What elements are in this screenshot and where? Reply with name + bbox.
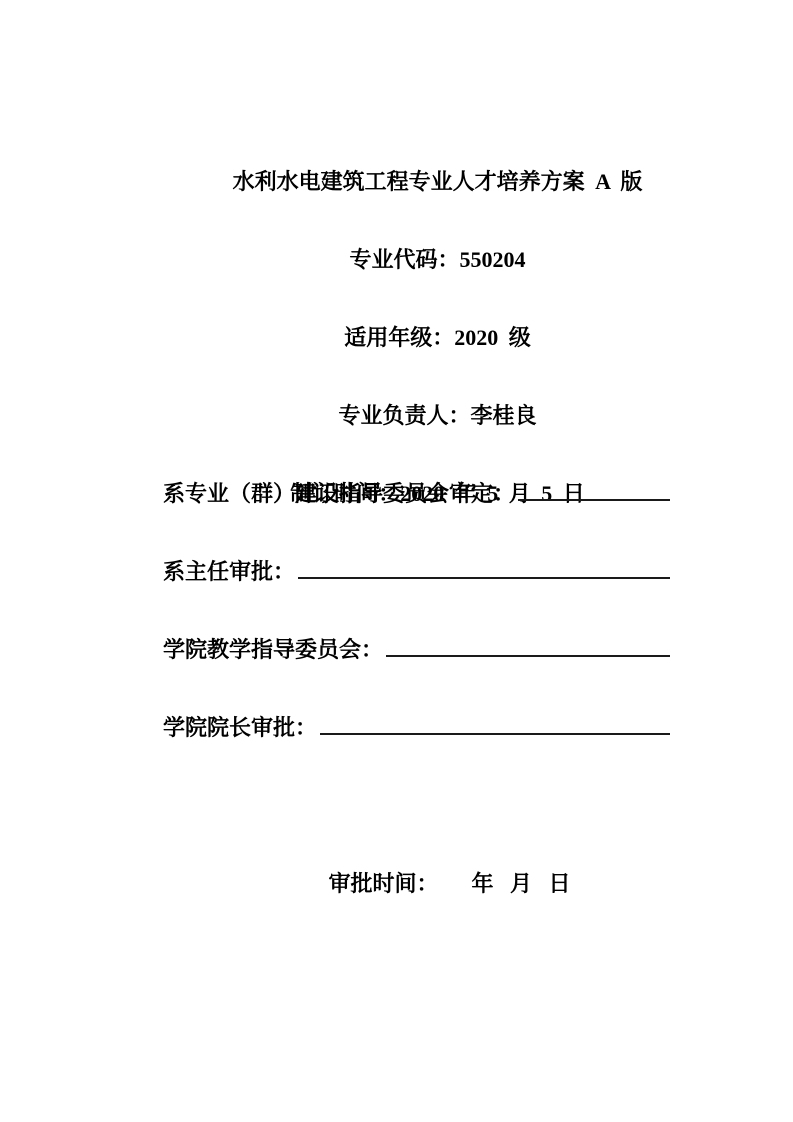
approval-time-line: 审批时间： 年 月 日 [163,767,670,845]
approval-row-college-dean-label: 学院院长审批： [163,689,317,767]
approval-row-dept-director-label: 系主任审批： [163,533,295,611]
doc-title-text: 水利水电建筑工程专业人才培养方案 A 版 [233,169,643,194]
approval-row-committee-review-label: 系专业（群）建设指导委员会审定： [163,455,515,533]
document-page: 水利水电建筑工程专业人才培养方案 A 版 专业代码：550204 适用年级：20… [0,0,793,1122]
signature-blank-line [298,577,670,579]
approval-row-teaching-committee: 学院教学指导委员会： [163,611,670,689]
approval-row-committee-review: 系专业（群）建设指导委员会审定： [163,455,670,533]
approval-row-teaching-committee-label: 学院教学指导委员会： [163,611,383,689]
signature-blank-line [518,499,670,501]
doc-title: 水利水电建筑工程专业人才培养方案 A 版 [163,65,670,143]
field-program-head-text: 专业负责人：李桂良 [338,403,536,428]
signature-blank-line [320,733,670,735]
field-major-code-text: 专业代码：550204 [349,247,525,272]
signature-blank-line [386,655,670,657]
approval-time-text: 审批时间： 年 月 日 [328,871,570,896]
field-applicable-grade-text: 适用年级：2020 级 [344,325,531,350]
approval-row-college-dean: 学院院长审批： [163,689,670,767]
